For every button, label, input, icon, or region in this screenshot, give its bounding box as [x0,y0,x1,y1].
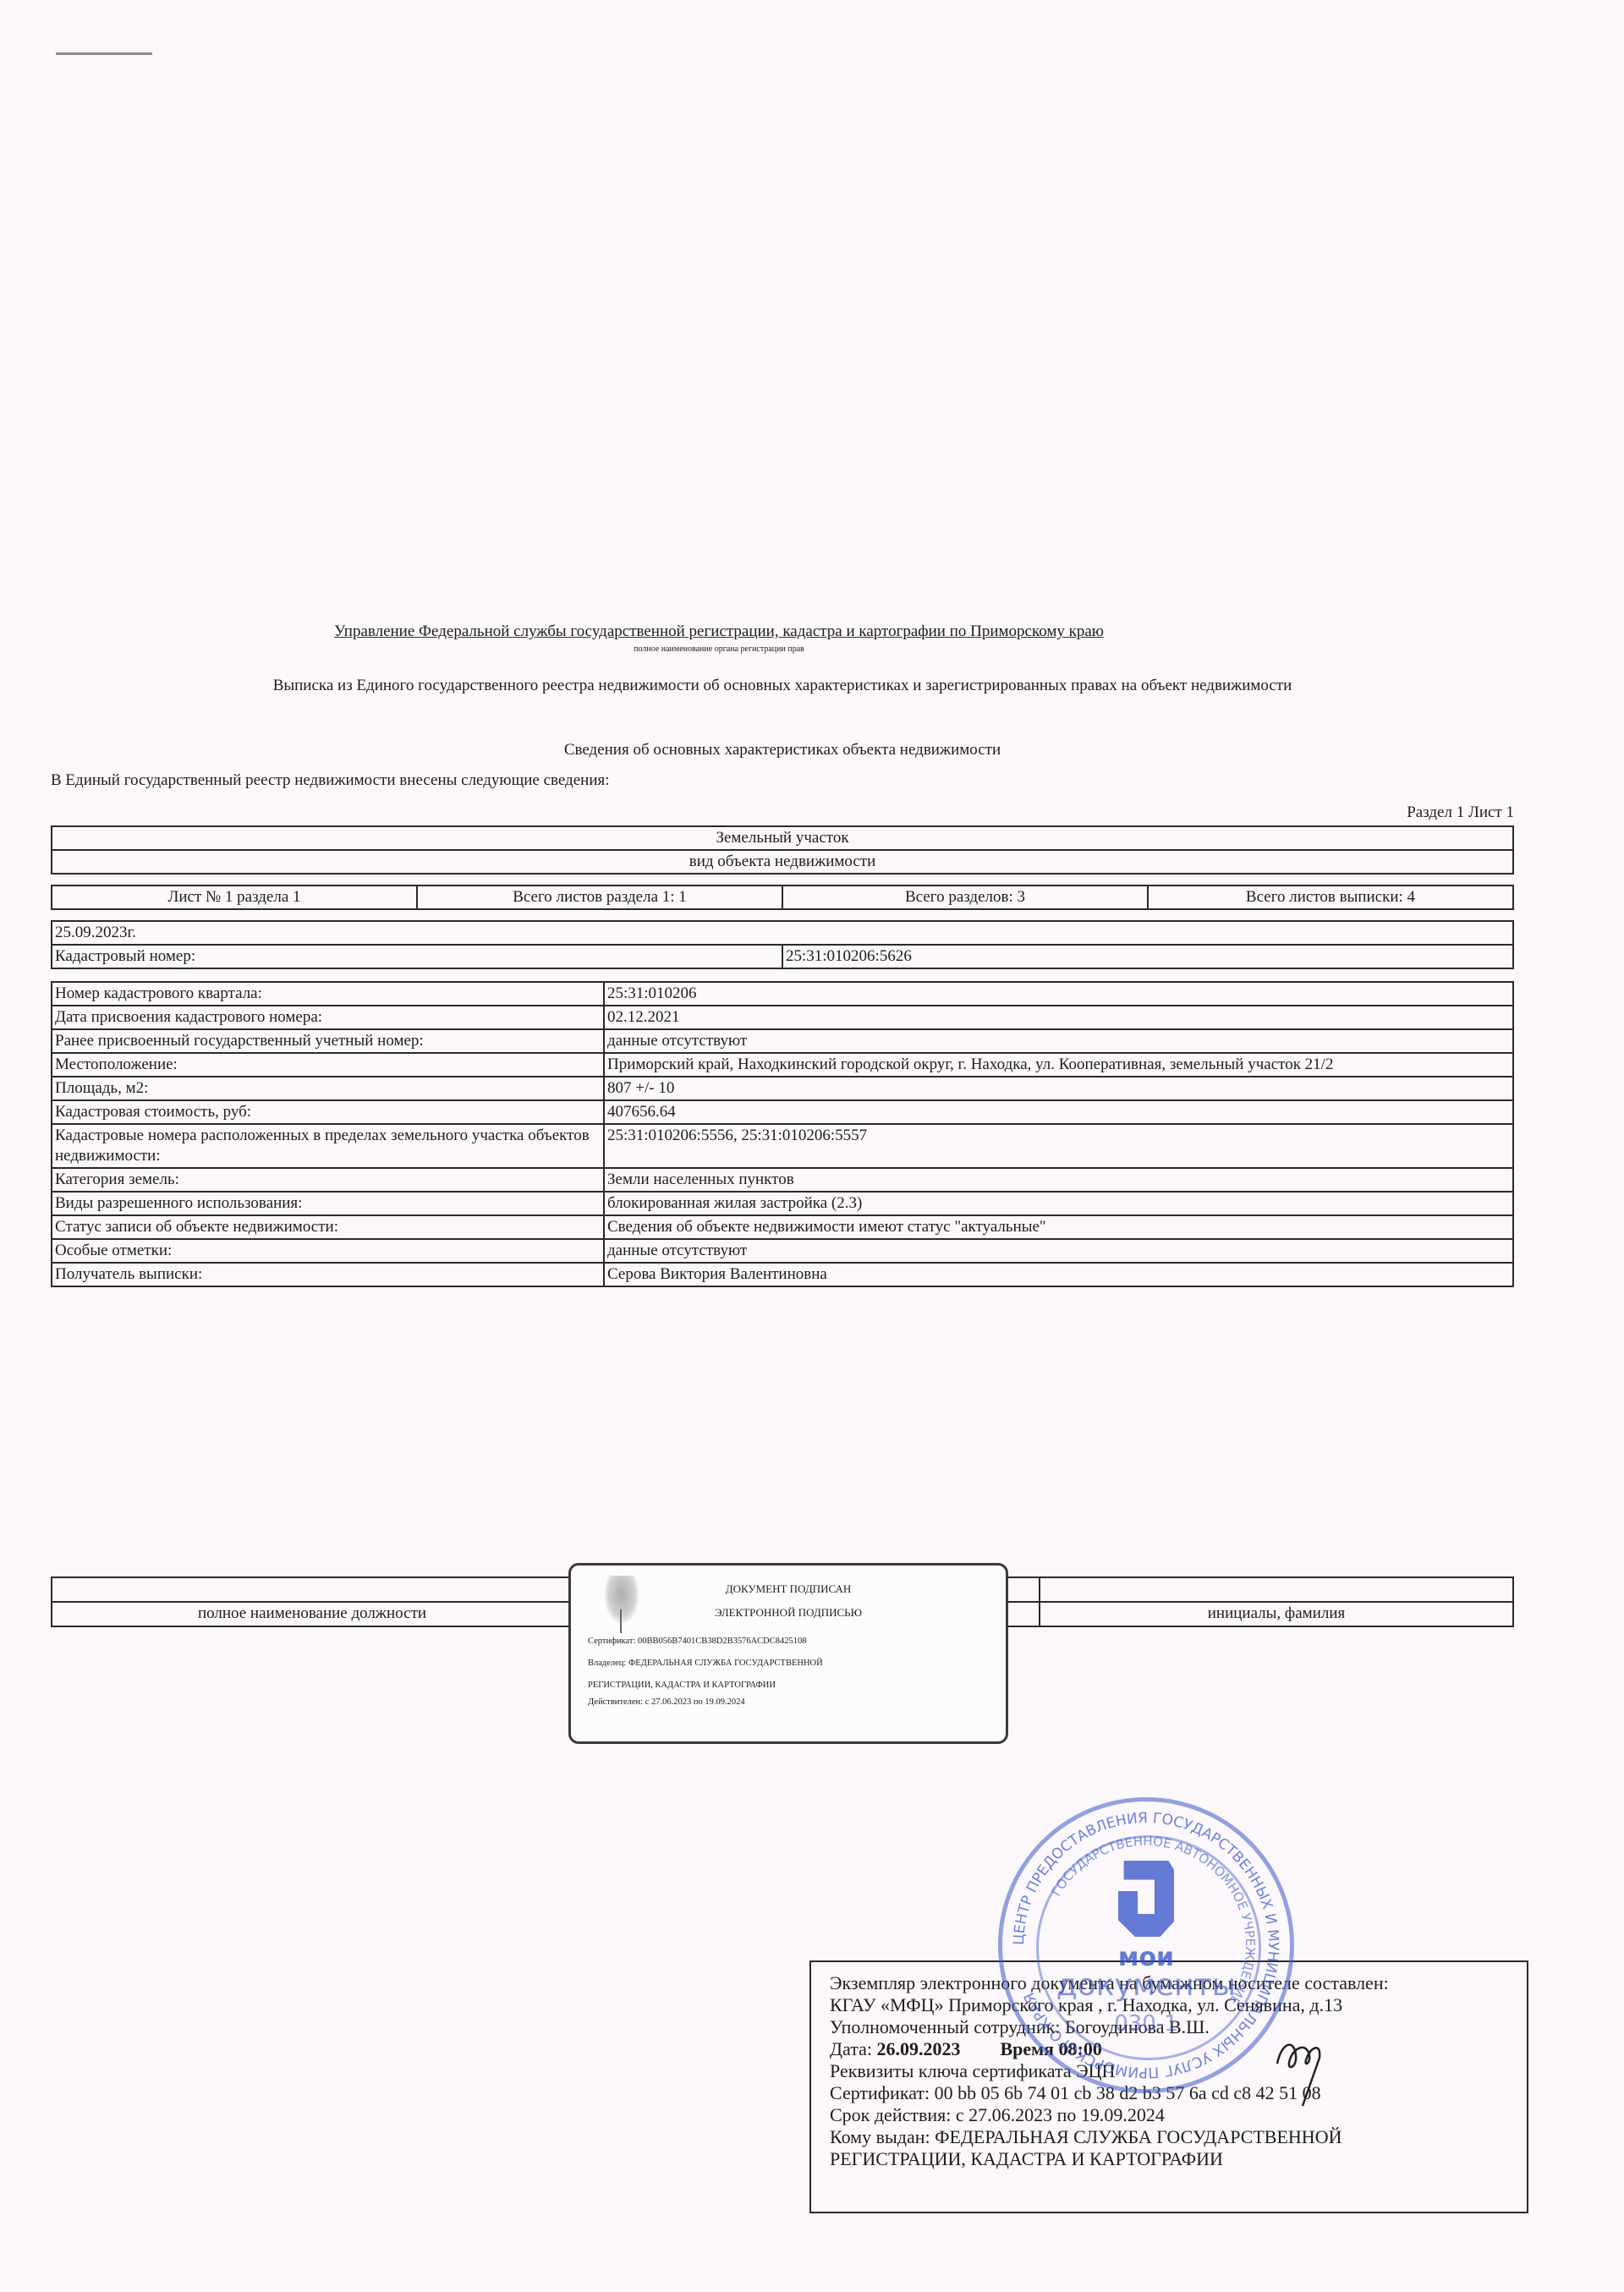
section-reference: Раздел 1 Лист 1 [1407,803,1514,822]
mfc-line-6: Сертификат: 00 bb 05 6b 74 01 cb 38 d2 b… [830,2082,1321,2104]
stamp-owner-line1: Владелец: ФЕДЕРАЛЬНАЯ СЛУЖБА ГОСУДАРСТВЕ… [588,1659,823,1668]
properties-table: Номер кадастрового квартала:25:31:010206… [51,981,1514,1287]
stamp-subtitle: ЭЛЕКТРОННОЙ ПОДПИСЬЮ [571,1606,1006,1620]
table-row: Кадастровые номера расположенных в преде… [52,1124,1513,1168]
mfc-line-1: Экземпляр электронного документа на бума… [830,1972,1389,1994]
mfc-line-3: Уполномоченный сотрудник: Богоудинова В.… [830,2016,1210,2038]
sheets-info-table: Лист № 1 раздела 1 Всего листов раздела … [51,885,1514,910]
extract-date: 25.09.2023г. [52,921,1513,945]
e-signature-stamp: ДОКУМЕНТ ПОДПИСАН ЭЛЕКТРОННОЙ ПОДПИСЬЮ С… [568,1563,1008,1744]
total-sections: Всего разделов: 3 [782,886,1148,909]
property-label: Виды разрешенного использования: [52,1192,604,1215]
property-label: Получатель выписки: [52,1263,604,1286]
table-row: Дата присвоения кадастрового номера:02.1… [52,1006,1513,1029]
property-value: блокированная жилая застройка (2.3) [604,1192,1513,1215]
name-caption: инициалы, фамилия [1040,1602,1513,1626]
property-label: Статус записи об объекте недвижимости: [52,1215,604,1239]
stamp-certificate: Сертификат: 00BB056B7401CB38D2B3576ACDC8… [588,1637,807,1646]
property-value: 25:31:010206 [604,982,1513,1006]
mfc-date-time: Дата: 26.09.2023 Время 08:00 [830,2038,1102,2060]
mfc-line-8: Кому выдан: ФЕДЕРАЛЬНАЯ СЛУЖБА ГОСУДАРСТ… [830,2126,1341,2148]
property-value: 407656.64 [604,1100,1513,1124]
object-type-value: Земельный участок [52,826,1513,850]
table-row: Площадь, м2:807 +/- 10 [52,1077,1513,1100]
table-row: Статус записи об объекте недвижимости:Св… [52,1215,1513,1239]
table-row: Местоположение:Приморский край, Находкин… [52,1053,1513,1077]
property-value: Приморский край, Находкинский городской … [604,1053,1513,1077]
property-label: Ранее присвоенный государственный учетны… [52,1029,604,1053]
table-row: Кадастровая стоимость, руб:407656.64 [52,1100,1513,1124]
property-value: Земли населенных пунктов [604,1168,1513,1192]
object-type-table: Земельный участок вид объекта недвижимос… [51,825,1514,875]
property-label: Категория земель: [52,1168,604,1192]
stamp-validity: Действителен: с 27.06.2023 по 19.09.2024 [588,1697,745,1707]
mfc-line-2: КГАУ «МФЦ» Приморского края , г. Находка… [830,1994,1342,2016]
table-row: Номер кадастрового квартала:25:31:010206 [52,982,1513,1006]
mfc-line-5: Реквизиты ключа сертификата ЭЦП [830,2060,1115,2082]
scan-artifact-line [56,52,152,55]
extract-title: Выписка из Единого государственного реес… [51,677,1514,695]
position-caption: полное наименование должности [52,1602,573,1626]
table-row: Ранее присвоенный государственный учетны… [52,1029,1513,1053]
date-label: Дата: [830,2038,872,2059]
table-row: Получатель выписки:Серова Виктория Вален… [52,1263,1513,1286]
property-label: Кадастровая стоимость, руб: [52,1100,604,1124]
time-label: Время [1000,2038,1054,2059]
property-label: Кадастровые номера расположенных в преде… [52,1124,604,1168]
property-label: Дата присвоения кадастрового номера: [52,1006,604,1029]
table-row: Категория земель:Земли населенных пункто… [52,1168,1513,1192]
property-value: Серова Виктория Валентиновна [604,1263,1513,1286]
date-block-table: 25.09.2023г. Кадастровый номер: 25:31:01… [51,920,1514,969]
sheet-number: Лист № 1 раздела 1 [52,886,417,909]
property-label: Площадь, м2: [52,1077,604,1100]
property-value: данные отсутствуют [604,1239,1513,1263]
property-label: Местоположение: [52,1053,604,1077]
time-value: 08:00 [1059,2038,1102,2059]
mfc-certification-box: Экземпляр электронного документа на бума… [809,1960,1528,2213]
total-sheets-extract: Всего листов выписки: 4 [1148,886,1513,909]
property-label: Особые отметки: [52,1239,604,1263]
name-cell [1040,1577,1513,1602]
registration-authority-caption: полное наименование органа регистрации п… [254,644,1184,654]
property-value: 807 +/- 10 [604,1077,1513,1100]
cadastral-number-label: Кадастровый номер: [52,945,782,968]
table-row: Виды разрешенного использования:блокиров… [52,1192,1513,1215]
registration-authority: Управление Федеральной службы государств… [254,622,1184,641]
object-type-caption: вид объекта недвижимости [52,850,1513,874]
date-value: 26.09.2023 [876,2038,960,2059]
stamp-owner-line2: РЕГИСТРАЦИИ, КАДАСТРА И КАРТОГРАФИИ [588,1681,776,1690]
property-value: 25:31:010206:5556, 25:31:010206:5557 [604,1124,1513,1168]
table-row: Особые отметки:данные отсутствуют [52,1239,1513,1263]
property-value: данные отсутствуют [604,1029,1513,1053]
property-label: Номер кадастрового квартала: [52,982,604,1006]
total-sheets-section: Всего листов раздела 1: 1 [417,886,782,909]
section-title: Сведения об основных характеристиках объ… [51,741,1514,759]
cadastral-number-value: 25:31:010206:5626 [782,945,1513,968]
mfc-line-9: РЕГИСТРАЦИИ, КАДАСТРА И КАРТОГРАФИИ [830,2148,1223,2170]
property-value: 02.12.2021 [604,1006,1513,1029]
property-value: Сведения об объекте недвижимости имеют с… [604,1215,1513,1239]
mfc-line-7: Срок действия: с 27.06.2023 по 19.09.202… [830,2104,1165,2126]
moi-dokumenty-logo-icon [1118,1861,1174,1937]
stamp-title: ДОКУМЕНТ ПОДПИСАН [571,1582,1006,1596]
handwritten-signature-icon [1269,2026,1336,2110]
position-cell [52,1577,573,1602]
intro-text: В Единый государственный реестр недвижим… [51,771,610,790]
